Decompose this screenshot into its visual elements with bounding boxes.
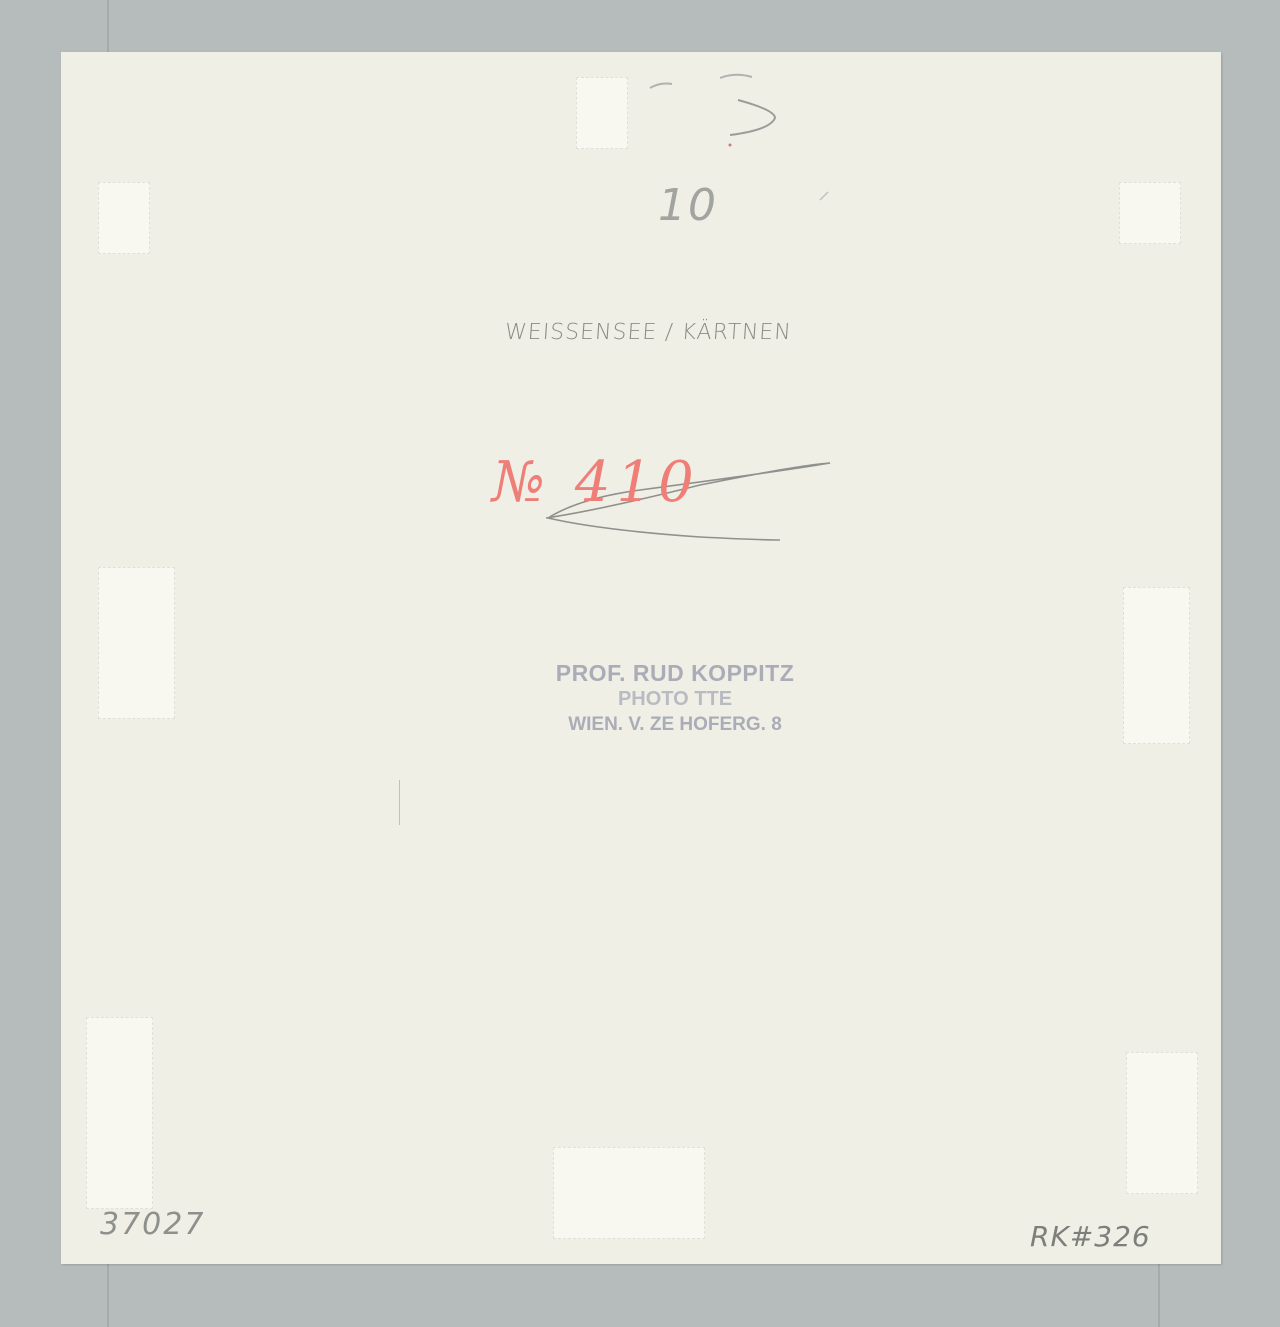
location-note: WEISSENSEE / KÄRTNEN <box>504 320 792 345</box>
number-prefix: № <box>492 450 551 515</box>
stamp-line-2: PHOTO TTE <box>500 686 850 712</box>
inventory-number-left: 37027 <box>100 1207 205 1242</box>
inventory-number-right: RK#326 <box>1030 1220 1151 1253</box>
pencil-number-10: 10 <box>658 180 718 231</box>
stamp-line-3: WIEN. V. ZE HOFERG. 8 <box>500 712 850 738</box>
photographer-stamp: PROF. RUD KOPPITZ PHOTO TTE WIEN. V. ZE … <box>500 660 850 738</box>
number-value: 410 <box>575 450 700 515</box>
stamp-line-1: PROF. RUD KOPPITZ <box>500 660 850 686</box>
red-crayon-number: № 410 <box>492 450 700 515</box>
